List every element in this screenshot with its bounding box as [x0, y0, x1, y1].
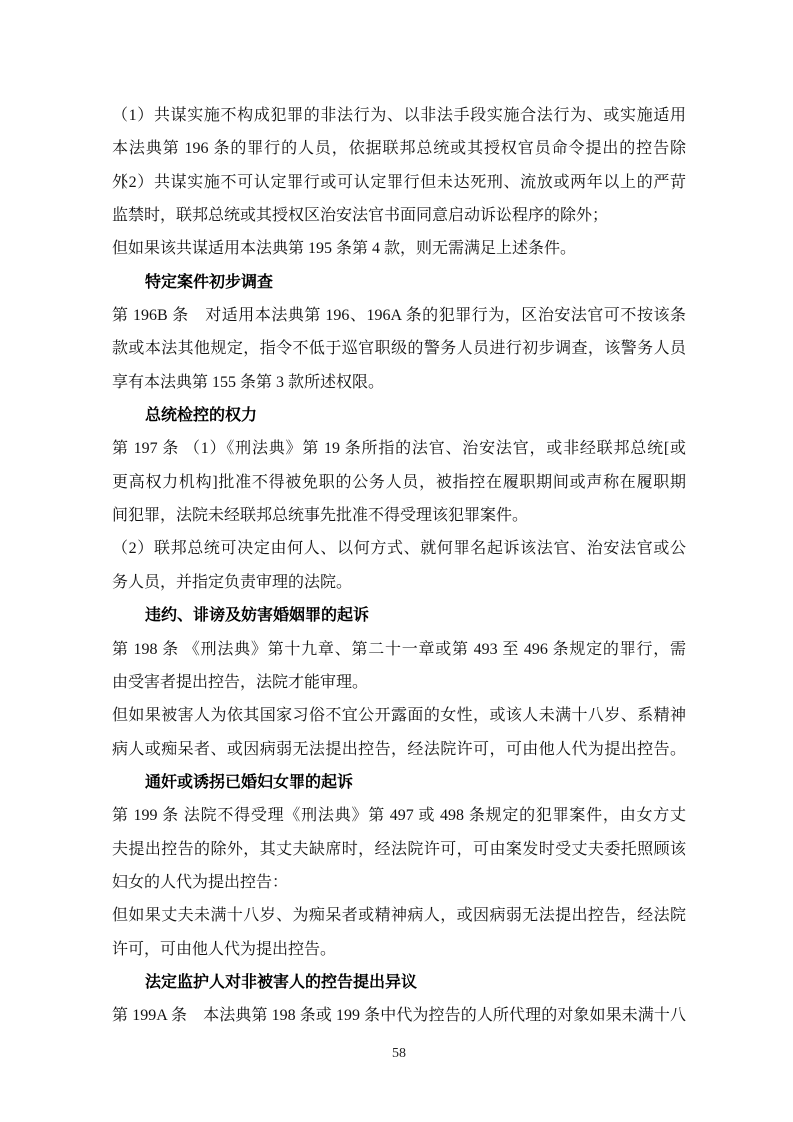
- text-line: 第 197 条 （1）《刑法典》第 19 条所指的法官、治安法官，或非经联邦总统…: [112, 432, 686, 465]
- text-line: 但如果被害人为依其国家习俗不宜公开露面的女性，或该人未满十八岁、系精神: [112, 699, 686, 732]
- text-line: 第 198 条 《刑法典》第十九章、第二十一章或第 493 至 496 条规定的…: [112, 633, 686, 666]
- document-body: （1）共谋实施不构成犯罪的非法行为、以非法手段实施合法行为、或实施适用 本法典第…: [112, 99, 686, 1033]
- text-line: 享有本法典第 155 条第 3 款所述权限。: [112, 366, 686, 399]
- text-line: 更高权力机构]批准不得被免职的公务人员，被指控在履职期间或声称在履职期: [112, 466, 686, 499]
- text-line: （2）共谋实施不可认定罪行或可认定罪行但未达死刑、流放或两年以上的严苛: [112, 166, 686, 199]
- heading-section-196b: 特定案件初步调查: [112, 266, 686, 299]
- text-line: 妇女的人代为提出控告：: [112, 866, 686, 899]
- text-line: 第 199 条 法院不得受理《刑法典》第 497 或 498 条规定的犯罪案件，…: [112, 799, 686, 832]
- text-line: 监禁时，联邦总统或其授权区治安法官书面同意启动诉讼程序的除外；: [112, 199, 686, 232]
- text-line: 第 196B 条 对适用本法典第 196、196A 条的犯罪行为，区治安法官可不…: [112, 299, 686, 332]
- text-line: 款或本法其他规定，指令不低于巡官职级的警务人员进行初步调查，该警务人员: [112, 332, 686, 365]
- heading-section-197: 总统检控的权力: [112, 399, 686, 432]
- heading-section-198: 违约、诽谤及妨害婚姻罪的起诉: [112, 599, 686, 632]
- text-line: 由受害者提出控告，法院才能审理。: [112, 666, 686, 699]
- text-line: 许可，可由他人代为提出控告。: [112, 933, 686, 966]
- text-line: 间犯罪，法院未经联邦总统事先批准不得受理该犯罪案件。: [112, 499, 686, 532]
- text-line: 第 199A 条 本法典第 198 条或 199 条中代为控告的人所代理的对象如…: [112, 999, 686, 1032]
- page-number: 58: [112, 1044, 686, 1064]
- text-line: 病人或痴呆者、或因病弱无法提出控告，经法院许可，可由他人代为提出控告。: [112, 733, 686, 766]
- heading-section-199: 通奸或诱拐已婚妇女罪的起诉: [112, 766, 686, 799]
- text-line: 但如果丈夫未满十八岁、为痴呆者或精神病人，或因病弱无法提出控告，经法院: [112, 899, 686, 932]
- document-page: （1）共谋实施不构成犯罪的非法行为、以非法手段实施合法行为、或实施适用 本法典第…: [0, 0, 793, 1122]
- text-line: 务人员，并指定负责审理的法院。: [112, 566, 686, 599]
- text-line: 本法典第 196 条的罪行的人员，依据联邦总统或其授权官员命令提出的控告除外；: [112, 132, 686, 165]
- text-line: 夫提出控告的除外，其丈夫缺席时，经法院许可，可由案发时受丈夫委托照顾该: [112, 833, 686, 866]
- text-line: （1）共谋实施不构成犯罪的非法行为、以非法手段实施合法行为、或实施适用: [112, 99, 686, 132]
- text-line: 但如果该共谋适用本法典第 195 条第 4 款，则无需满足上述条件。: [112, 232, 686, 265]
- heading-section-199a: 法定监护人对非被害人的控告提出异议: [112, 966, 686, 999]
- text-line: （2）联邦总统可决定由何人、以何方式、就何罪名起诉该法官、治安法官或公: [112, 532, 686, 565]
